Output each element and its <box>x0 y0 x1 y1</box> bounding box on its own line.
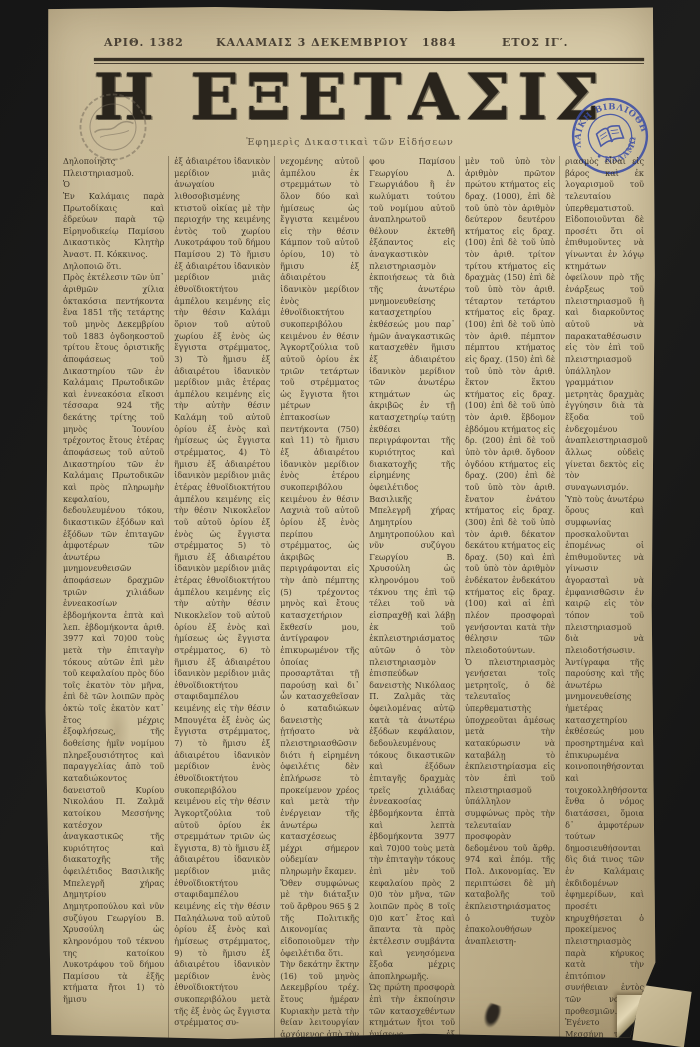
year: 1884 <box>422 36 457 49</box>
publication-year-ordinal: ΕΤΟΣ ΙΓ′. <box>502 36 568 49</box>
dateline-row: ΑΡΙΘ. 1382 ΚΑΛΑΜΑΙΣ 3 ΔΕΚΕΜΒΡΙΟΥ 1884 ΕΤ… <box>44 36 656 52</box>
scanned-newspaper-page: ΑΡΙΘ. 1382 ΚΑΛΑΜΑΙΣ 3 ΔΕΚΕΜΒΡΙΟΥ 1884 ΕΤ… <box>0 0 700 1047</box>
column-4: φου Παμίσου Γεωργίου Δ. Γεωργιάδου ἢ ἐν … <box>363 156 459 1038</box>
newspaper-sheet: ΑΡΙΘ. 1382 ΚΑΛΑΜΑΙΣ 3 ΔΕΚΕΜΒΡΙΟΥ 1884 ΕΤ… <box>44 6 656 1040</box>
open-book-icon <box>596 124 624 146</box>
place-and-date: ΚΑΛΑΜΑΙΣ 3 ΔΕΚΕΜΒΡΙΟΥ <box>216 36 408 49</box>
article-columns: Δηλοποίησις Πλειστηριασμοῦ. Ὁ Ἐν Καλάμαι… <box>58 156 648 1038</box>
column-2: ἐξ ἀδιαιρέτου ἰδανικὸν μερίδιον μιᾶς ἀνω… <box>168 156 274 1038</box>
column-1: Δηλοποίησις Πλειστηριασμοῦ. Ὁ Ἐν Καλάμαι… <box>58 156 168 1038</box>
column-6: ριασμὸς εἶναι εἰς βάρος καὶ ἐκ λογαρισμο… <box>559 156 648 1038</box>
column-3: νεχομένης αὐτοῦ ἀμπέλου ἐκ στρεμμάτων τὸ… <box>274 156 363 1038</box>
column-5: μὲν τοῦ ὑπὸ τὸν ἀριθμὸν πρῶτον πρώτου κτ… <box>459 156 559 1038</box>
issue-number: ΑΡΙΘ. 1382 <box>104 36 184 49</box>
